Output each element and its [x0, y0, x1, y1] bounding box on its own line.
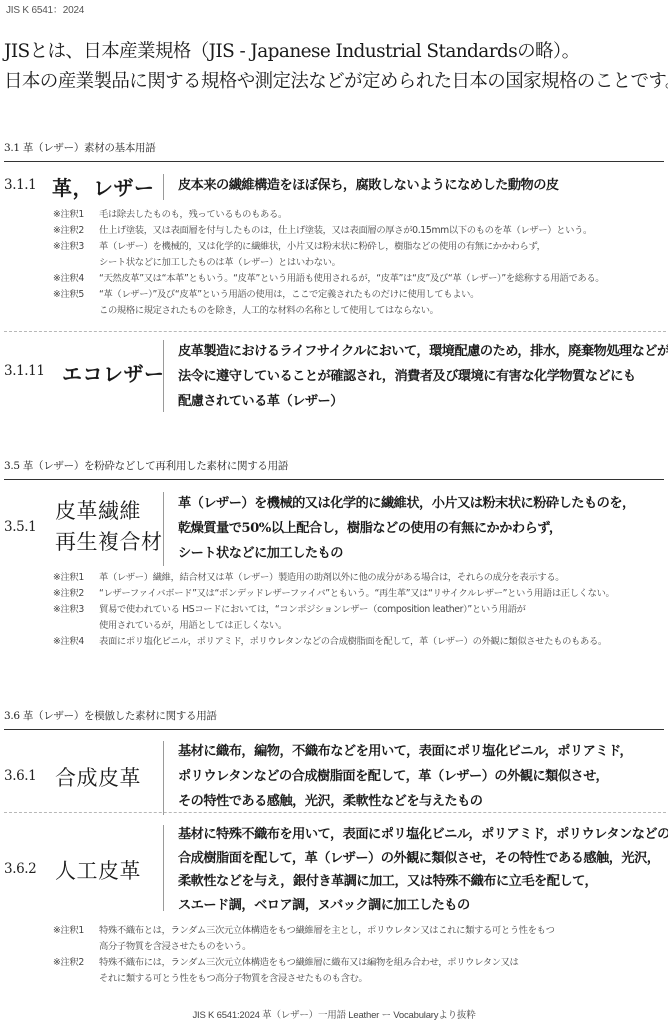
term-divider — [163, 174, 164, 200]
term-number: 3.6.1 — [4, 768, 36, 784]
definition-line: 基材に特殊不織布を用いて，表面にポリ塩化ビニル，ポリアミド，ポリウレタンなどの — [178, 823, 668, 847]
notes-3-6-2: ※注釈1 特殊不織布とは，ランダム三次元立体構造をもつ繊維層を主とし，ポリウレタ… — [53, 923, 668, 987]
notes-3-1-1: ※注釈1 毛は除去したものも，残っているものもある。 ※注釈2 仕上げ塗装，又は… — [53, 207, 668, 319]
note-text: 特殊不織布とは，ランダム三次元立体構造をもつ繊維層を主とし，ポリウレタン又はこれ… — [99, 923, 555, 939]
section-heading-3-1: 3.1 革（レザー）素材の基本用語 — [4, 140, 664, 162]
note-mark: ※注釈5 — [53, 287, 99, 303]
note-text: 革（レザー）繊維，結合材又は革（レザー）製造用の助剤以外に他の成分がある場合は，… — [99, 570, 564, 586]
note-continuation: 使用されているが，用語としては正しくない。 — [53, 618, 668, 634]
source-citation: JIS K 6541:2024 革（レザー）一用語 Leather ー Voca… — [0, 1007, 668, 1021]
note-mark: ※注釈1 — [53, 570, 99, 586]
note-mark: ※注釈2 — [53, 223, 99, 239]
note: ※注釈1 特殊不織布とは，ランダム三次元立体構造をもつ繊維層を主とし，ポリウレタ… — [53, 923, 668, 939]
term-divider — [163, 340, 164, 412]
note: ※注釈1 革（レザー）繊維，結合材又は革（レザー）製造用の助剤以外に他の成分があ… — [53, 570, 668, 586]
note: ※注釈3 革（レザー）を機械的，又は化学的に繊維状，小片又は粉末状に粉砕し，樹脂… — [53, 239, 668, 255]
notes-3-5-1: ※注釈1 革（レザー）繊維，結合材又は革（レザー）製造用の助剤以外に他の成分があ… — [53, 570, 668, 650]
note-mark: ※注釈4 — [53, 271, 99, 287]
intro-line: JISとは、日本産業規格（JIS - Japanese Industrial S… — [4, 37, 668, 67]
note-text: 特殊不織布には，ランダム三次元立体構造をもつ繊維層に織布又は編物を組み合わせ，ポ… — [99, 955, 518, 971]
note-text: 貿易で使われている HSコードにおいては，“コンポジションレザー（composi… — [99, 602, 526, 618]
term-definition: 基材に織布，編物，不織布などを用いて，表面にポリ塩化ビニル，ポリアミド， ポリウ… — [178, 739, 632, 814]
term-name: 合成皮革 — [55, 762, 141, 792]
note-mark: ※注釈4 — [53, 634, 99, 650]
dashed-divider — [4, 331, 666, 332]
definition-line: 皮革製造におけるライフサイクルにおいて，環境配慮のため，排水，廃棄物処理などが — [178, 339, 668, 364]
note-continuation: この規格に規定されたものを除き，人工的な材料の名称として使用してはならない。 — [53, 303, 668, 319]
note-text: 革（レザー）を機械的，又は化学的に繊維状，小片又は粉末状に粉砕し，樹脂などの使用… — [99, 239, 546, 255]
note-text: 仕上げ塗装，又は表面層を付与したものは，仕上げ塗装，又は表面層の厚さが0.15m… — [99, 223, 592, 239]
term-definition: 基材に特殊不織布を用いて，表面にポリ塩化ビニル，ポリアミド，ポリウレタンなどの … — [178, 823, 668, 917]
note-mark: ※注釈3 — [53, 602, 99, 618]
term-definition: 皮本来の繊維構造をほぼ保ち，腐敗しないようになめした動物の皮 — [178, 173, 559, 198]
term-name-line: 皮革繊維 — [55, 496, 163, 527]
definition-line: ポリウレタンなどの合成樹脂面を配して，革（レザー）の外観に類似させ， — [178, 764, 632, 789]
definition-line: 革（レザー）を機械的又は化学的に繊維状，小片又は粉末状に粉砕したものを， — [178, 491, 635, 516]
document-id: JIS K 6541：2024 — [6, 1, 84, 16]
definition-line: 配慮されている革（レザー） — [178, 389, 668, 414]
note: ※注釈4 表面にポリ塩化ビニル，ポリアミド，ポリウレタンなどの合成樹脂面を配して… — [53, 634, 668, 650]
note: ※注釈2 特殊不織布には，ランダム三次元立体構造をもつ繊維層に織布又は編物を組み… — [53, 955, 668, 971]
definition-line: 柔軟性などを与え，銀付き革調に加工，又は特殊不織布に立毛を配して， — [178, 870, 668, 894]
note-text: 表面にポリ塩化ビニル，ポリアミド，ポリウレタンなどの合成樹脂面を配して，革（レザ… — [99, 634, 607, 650]
definition-line: 合成樹脂面を配して，革（レザー）の外観に類似させ，その特性である感触，光沢， — [178, 847, 668, 871]
note-mark: ※注釈2 — [53, 586, 99, 602]
term-name: 人工皮革 — [55, 855, 141, 885]
term-divider — [163, 825, 164, 911]
dashed-divider — [4, 812, 666, 813]
note: ※注釈5 “革（レザー）”及び“皮革”という用語の使用は，ここで定義されたものだ… — [53, 287, 668, 303]
definition-line: 乾燥質量で50%以上配合し，樹脂などの使用の有無にかかわらず， — [178, 516, 635, 541]
note-mark: ※注釈1 — [53, 207, 99, 223]
note: ※注釈2 “レザーファイバボード”又は“ボンデッドレザーファイバ”ともいう。“再… — [53, 586, 668, 602]
term-divider — [163, 492, 164, 566]
definition-line: スエード調，ベロア調，ヌバック調に加工したもの — [178, 894, 668, 918]
note: ※注釈3 貿易で使われている HSコードにおいては，“コンポジションレザー（co… — [53, 602, 668, 618]
term-name: 革，レザー — [52, 172, 155, 201]
term-number: 3.6.2 — [4, 861, 36, 877]
note-continuation: それに類する可とう性をもつ高分子物質を含浸させたものも含む。 — [53, 971, 668, 987]
note: ※注釈1 毛は除去したものも，残っているものもある。 — [53, 207, 668, 223]
definition-line: 法令に遵守していることが確認され，消費者及び環境に有害な化学物質などにも — [178, 364, 668, 389]
term-name-line: 再生複合材 — [55, 527, 163, 558]
term-name: 皮革繊維 再生複合材 — [55, 496, 163, 558]
definition-line: その特性である感触，光沢，柔軟性などを与えたもの — [178, 789, 632, 814]
term-number: 3.1.11 — [4, 363, 45, 379]
note-text: “天然皮革”又は“本革”ともいう。“皮革”という用語も使用されるが，“皮革”は“… — [99, 271, 604, 287]
term-divider — [163, 741, 164, 815]
term-definition: 皮革製造におけるライフサイクルにおいて，環境配慮のため，排水，廃棄物処理などが … — [178, 339, 668, 414]
term-name: エコレザー — [62, 358, 165, 387]
note-text: “レザーファイバボード”又は“ボンデッドレザーファイバ”ともいう。“再生革”又は… — [99, 586, 614, 602]
note-text: 毛は除去したものも，残っているものもある。 — [99, 207, 287, 223]
note: ※注釈2 仕上げ塗装，又は表面層を付与したものは，仕上げ塗装，又は表面層の厚さが… — [53, 223, 668, 239]
definition-line: 皮本来の繊維構造をほぼ保ち，腐敗しないようになめした動物の皮 — [178, 173, 559, 198]
definition-line: 基材に織布，編物，不織布などを用いて，表面にポリ塩化ビニル，ポリアミド， — [178, 739, 632, 764]
note-continuation: シート状などに加工したものは革（レザー）とはいわない。 — [53, 255, 668, 271]
note: ※注釈4 “天然皮革”又は“本革”ともいう。“皮革”という用語も使用されるが，“… — [53, 271, 668, 287]
note-mark: ※注釈2 — [53, 955, 99, 971]
note-mark: ※注釈3 — [53, 239, 99, 255]
note-mark: ※注釈1 — [53, 923, 99, 939]
intro: JISとは、日本産業規格（JIS - Japanese Industrial S… — [4, 37, 668, 97]
section-heading-3-6: 3.6 革（レザー）を模倣した素材に関する用語 — [4, 708, 664, 730]
note-continuation: 高分子物質を含浸させたものをいう。 — [53, 939, 668, 955]
term-number: 3.5.1 — [4, 519, 36, 535]
term-definition: 革（レザー）を機械的又は化学的に繊維状，小片又は粉末状に粉砕したものを， 乾燥質… — [178, 491, 635, 566]
intro-line: 日本の産業製品に関する規格や測定法などが定められた日本の国家規格のことです。 — [4, 67, 668, 97]
section-heading-3-5: 3.5 革（レザー）を粉砕などして再利用した素材に関する用語 — [4, 458, 664, 480]
definition-line: シート状などに加工したもの — [178, 541, 635, 566]
term-number: 3.1.1 — [4, 177, 36, 193]
note-text: “革（レザー）”及び“皮革”という用語の使用は，ここで定義されたものだけに使用し… — [99, 287, 479, 303]
